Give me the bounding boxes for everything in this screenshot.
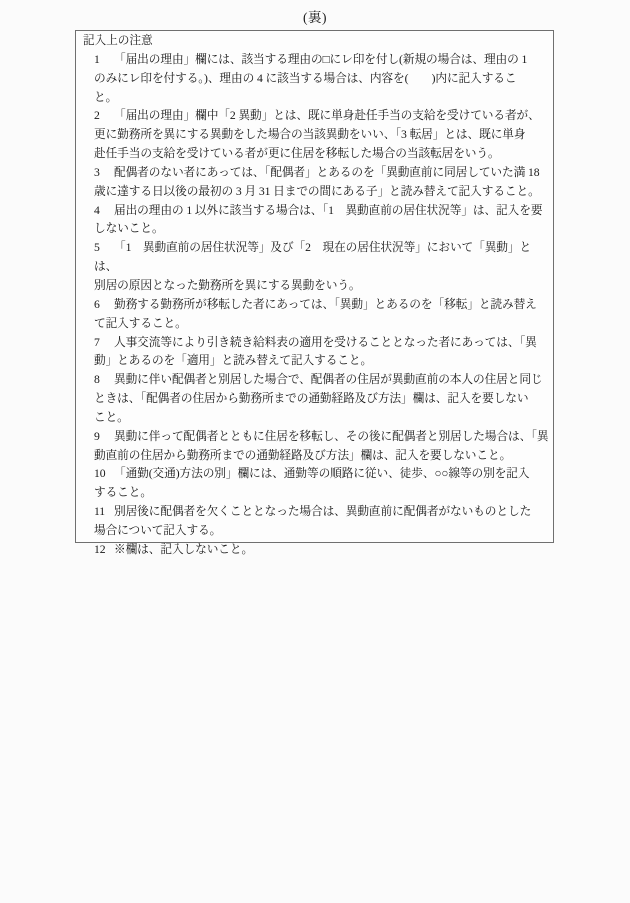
note-item-number: 2	[94, 107, 114, 126]
note-item-number: 5	[94, 239, 114, 258]
note-item-text: 「届出の理由」欄中「2 異動」とは、既に単身赴任手当の支給を受けている者が、 更…	[94, 109, 540, 160]
note-item-text: 別居後に配偶者を欠くこととなった場合は、異動直前に配偶者がないものとした 場合に…	[94, 505, 531, 537]
note-item-number: 12	[94, 541, 114, 560]
note-item: 7人事交流等により引き続き給料表の適用を受けることとなった者にあっては、「異 動…	[82, 334, 553, 372]
note-item-number: 7	[94, 334, 114, 353]
note-item-text: 「1 異動直前の居住状況等」及び「2 現在の居住状況等」において「異動」とは、 …	[94, 241, 531, 292]
page: { "page": { "side_label": "(裏)" }, "note…	[0, 0, 630, 903]
note-item-text: 異動に伴って配偶者とともに住居を移転し、その後に配偶者と別居した場合は、「異 動…	[94, 430, 548, 462]
notes-box: 記入上の注意 1「届出の理由」欄には、該当する理由の□にレ印を付し(新規の場合は…	[75, 30, 554, 543]
note-item-text: 勤務する勤務所が移転した者にあっては、「異動」とあるのを「移転」と読み替え て記…	[94, 298, 537, 330]
note-item-number: 6	[94, 296, 114, 315]
note-item-number: 1	[94, 51, 114, 70]
note-item-number: 9	[94, 428, 114, 447]
note-item: 1「届出の理由」欄には、該当する理由の□にレ印を付し(新規の場合は、理由の 1 …	[82, 51, 553, 108]
note-item: 9異動に伴って配偶者とともに住居を移転し、その後に配偶者と別居した場合は、「異 …	[82, 428, 553, 466]
note-item-text: 異動に伴い配偶者と別居した場合で、配偶者の住居が異動直前の本人の住居と同じ とき…	[94, 373, 543, 424]
notes-heading: 記入上の注意	[82, 32, 553, 51]
note-item: 5「1 異動直前の居住状況等」及び「2 現在の居住状況等」において「異動」とは、…	[82, 239, 553, 296]
note-item: 11別居後に配偶者を欠くこととなった場合は、異動直前に配偶者がないものとした 場…	[82, 503, 553, 541]
note-item-number: 10	[94, 465, 114, 484]
note-item-text: 「届出の理由」欄には、該当する理由の□にレ印を付し(新規の場合は、理由の 1 の…	[94, 53, 527, 104]
note-item: 12※欄は、記入しないこと。	[82, 541, 553, 560]
note-item-number: 3	[94, 164, 114, 183]
note-item-number: 8	[94, 371, 114, 390]
note-item: 8異動に伴い配偶者と別居した場合で、配偶者の住居が異動直前の本人の住居と同じ と…	[82, 371, 553, 428]
page-side-label: (裏)	[0, 6, 630, 26]
note-item: 2「届出の理由」欄中「2 異動」とは、既に単身赴任手当の支給を受けている者が、 …	[82, 107, 553, 164]
note-item: 4届出の理由の 1 以外に該当する場合は、「1 異動直前の居住状況等」は、記入を…	[82, 202, 553, 240]
note-item-text: 配偶者のない者にあっては、「配偶者」とあるのを「異動直前に同居していた満 18 …	[94, 166, 540, 198]
note-item-text: 届出の理由の 1 以外に該当する場合は、「1 異動直前の居住状況等」は、記入を要…	[94, 204, 542, 236]
note-item: 3配偶者のない者にあっては、「配偶者」とあるのを「異動直前に同居していた満 18…	[82, 164, 553, 202]
note-item: 6勤務する勤務所が移転した者にあっては、「異動」とあるのを「移転」と読み替え て…	[82, 296, 553, 334]
note-item-text: ※欄は、記入しないこと。	[114, 543, 253, 556]
note-item-number: 4	[94, 202, 114, 221]
note-item-text: 「通勤(交通)方法の別」欄には、通勤等の順路に従い、徒歩、○○線等の別を記入 す…	[94, 467, 529, 499]
note-item: 10「通勤(交通)方法の別」欄には、通勤等の順路に従い、徒歩、○○線等の別を記入…	[82, 465, 553, 503]
note-item-text: 人事交流等により引き続き給料表の適用を受けることとなった者にあっては、「異 動」…	[94, 336, 537, 368]
note-item-number: 11	[94, 503, 114, 522]
